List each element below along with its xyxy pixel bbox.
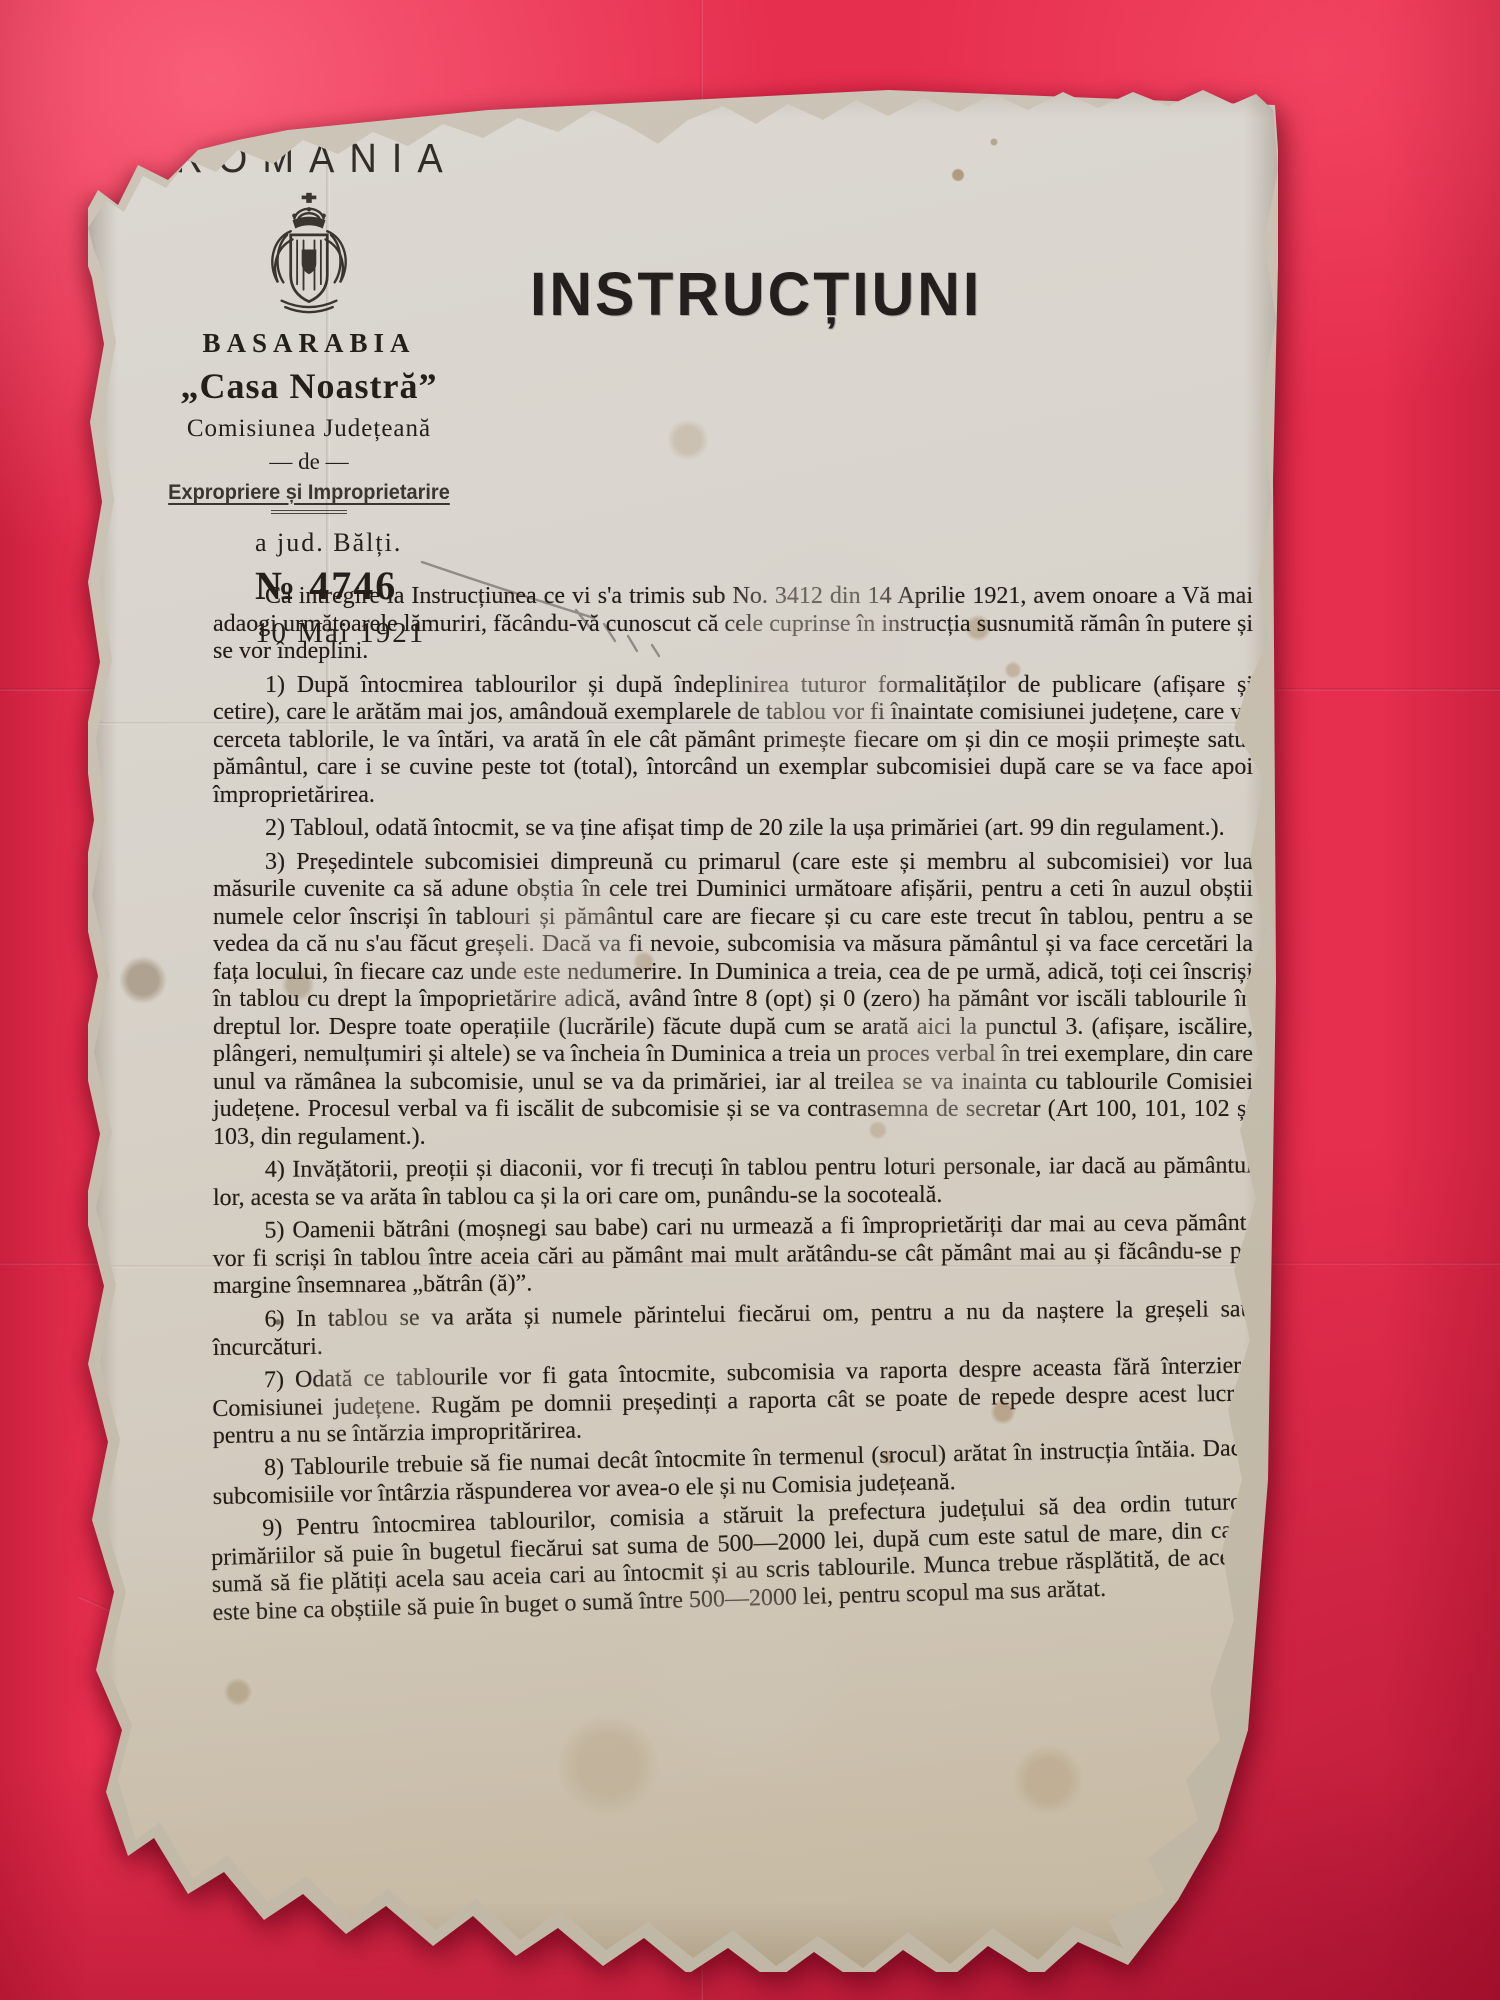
photo-scene: ROMANIA <box>0 0 1500 2000</box>
paragraph-3: 3) Președintele subcomisiei dimpreună cu… <box>213 849 1253 1152</box>
document-body: Ca intregire la Instrucțiunea ce vi s'a … <box>213 583 1253 1633</box>
document-paper: ROMANIA <box>88 80 1278 1972</box>
paragraph-6: 6) In tablou se va arăta și numele părin… <box>212 1296 1253 1362</box>
commission-line: Comisiunea Județeană <box>143 415 475 443</box>
paragraph-2: 2) Tabloul, odată întocmit, se va ține a… <box>213 815 1253 843</box>
organization-name: „Casa Noastră” <box>143 365 475 407</box>
document-page: ROMANIA <box>88 80 1278 1972</box>
de-line: — de — <box>143 449 475 475</box>
paragraph-9: 9) Pentru întocmirea tablourilor, comisi… <box>210 1489 1253 1627</box>
paragraph-4: 4) Invățătorii, preoții și diaconii, vor… <box>213 1152 1253 1212</box>
paragraph-7: 7) Odată ce tablourile vor fi gata întoc… <box>212 1352 1253 1450</box>
expropriation-line: Expropriere și Improprietarire <box>151 481 466 505</box>
intro-paragraph: Ca intregire la Instrucțiunea ce vi s'a … <box>213 583 1253 666</box>
region-name: BASARABIA <box>143 328 475 359</box>
letterhead-rule <box>271 510 347 514</box>
paragraph-1: 1) După întocmirea tablourilor și după î… <box>213 672 1253 810</box>
coat-of-arms-icon <box>253 191 365 319</box>
paragraph-5: 5) Oamenii bătrâni (moșnegi sau babe) ca… <box>212 1210 1253 1301</box>
page-title: INSTRUCȚIUNI <box>530 259 982 330</box>
